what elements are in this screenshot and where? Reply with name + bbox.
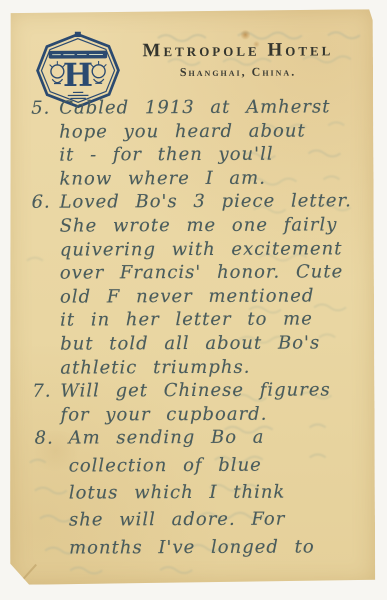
letter-line: old F never mentioned (60, 285, 368, 310)
item-number: 8. (35, 428, 54, 449)
letter-line: quivering with excitement (60, 238, 368, 263)
hotel-name: Metropole Hotel (108, 39, 368, 62)
letter-line: athletic triumphs. (60, 356, 368, 381)
letter-item: 5. Cabled 1913 at Amherst hope you heard… (59, 96, 367, 192)
letter-item: 8. Am sending Bo a collection of blue lo… (69, 427, 370, 565)
letter-line: hope you heard about (59, 120, 367, 145)
letter-line: She wrote me one fairly (60, 214, 368, 239)
paper: H Metropole Hotel Shanghai, China. 5. Ca… (8, 9, 376, 585)
logo-monogram: H (63, 56, 93, 94)
paper-stain (240, 30, 251, 40)
letter-line: Will get Chinese figures (60, 380, 330, 402)
letter-line: Am sending Bo a (69, 427, 265, 449)
letter-line: months I've longed to (69, 536, 369, 565)
item-number: 5. (31, 98, 50, 119)
letter-item: 6. Loved Bo's 3 piece letter. She wrote … (60, 191, 369, 381)
letter-line: know where I am. (59, 167, 367, 192)
letter-line: lotus which I think (69, 481, 369, 510)
letterhead: H Metropole Hotel Shanghai, China. (8, 9, 373, 11)
letter-line: collection of blue (69, 454, 369, 483)
letter-line: it in her letter to me (60, 309, 368, 334)
letter-line: it - for then you'll (59, 143, 367, 168)
letter-line: Cabled 1913 at Amherst (59, 96, 330, 118)
letter-line: Loved Bo's 3 piece letter. (60, 191, 352, 213)
letter-line: for your cupboard. (60, 403, 368, 428)
letter-line: over Francis' honor. Cute (60, 261, 368, 286)
item-number: 6. (32, 192, 51, 213)
letter-body: 5. Cabled 1913 at Amherst hope you heard… (59, 96, 369, 565)
letter-line: but told all about Bo's (60, 332, 368, 357)
letter-item: 7. Will get Chinese figures for your cup… (60, 379, 368, 428)
clipped-corner (15, 564, 36, 588)
letter-line: she will adore. For (69, 509, 369, 538)
item-number: 7. (32, 381, 51, 402)
hotel-location: Shanghai, China. (108, 64, 368, 80)
